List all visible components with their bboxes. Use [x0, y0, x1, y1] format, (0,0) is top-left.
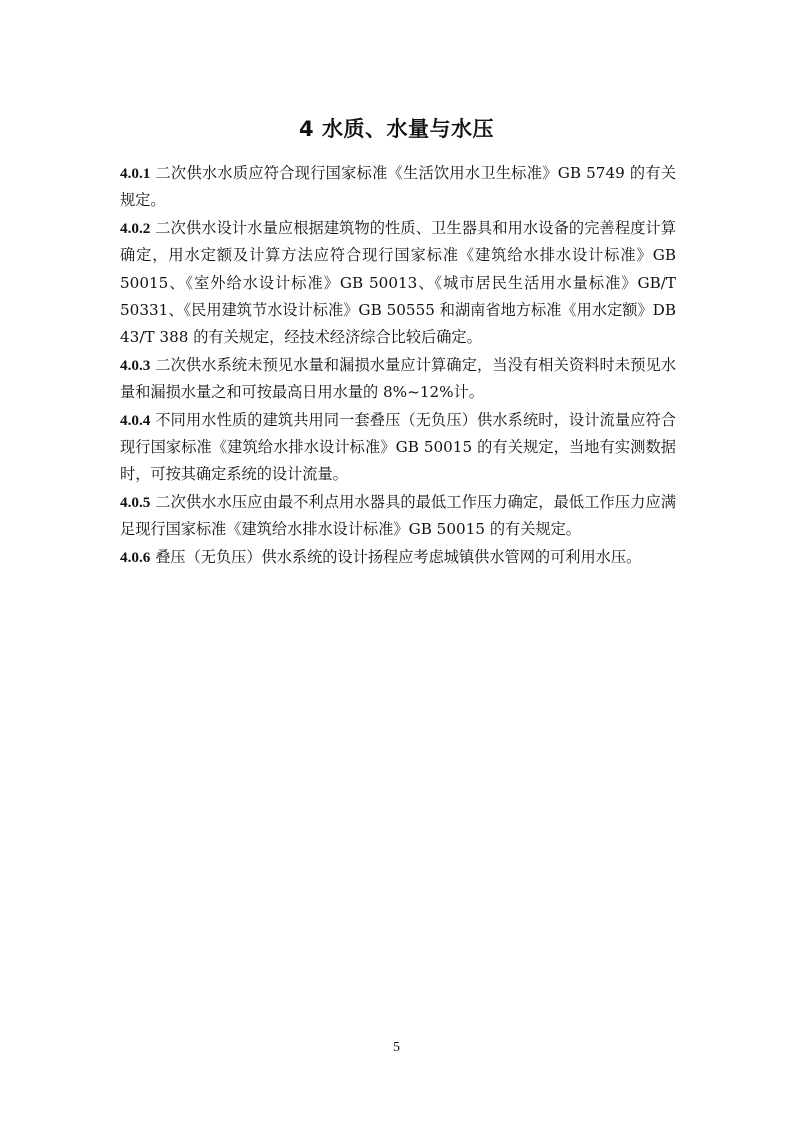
clause-number: 4.0.3: [120, 357, 150, 374]
clause-text: 二次供水设计水量应根据建筑物的性质、卫生器具和用水设备的完善程度计算确定，用水定…: [120, 219, 676, 347]
clause-text: 二次供水系统未预见水量和漏损水量应计算确定，当没有相关资料时未预见水量和漏损水量…: [120, 356, 676, 401]
clause-text: 不同用水性质的建筑共用同一套叠压（无负压）供水系统时，设计流量应符合现行国家标准…: [120, 411, 676, 484]
clause-4-0-1: 4.0.1 二次供水水质应符合现行国家标准《生活饮用水卫生标准》GB 5749 …: [120, 160, 676, 215]
clause-number: 4.0.4: [120, 412, 150, 429]
clause-4-0-2: 4.0.2 二次供水设计水量应根据建筑物的性质、卫生器具和用水设备的完善程度计算…: [120, 215, 676, 352]
clause-4-0-6: 4.0.6 叠压（无负压）供水系统的设计扬程应考虑城镇供水管网的可利用水压。: [120, 544, 676, 571]
clause-4-0-4: 4.0.4 不同用水性质的建筑共用同一套叠压（无负压）供水系统时，设计流量应符合…: [120, 407, 676, 489]
clause-text: 二次供水水压应由最不利点用水器具的最低工作压力确定，最低工作压力应满足现行国家标…: [120, 493, 676, 538]
clause-text: 叠压（无负压）供水系统的设计扬程应考虑城镇供水管网的可利用水压。: [155, 548, 641, 566]
clause-4-0-3: 4.0.3 二次供水系统未预见水量和漏损水量应计算确定，当没有相关资料时未预见水…: [120, 352, 676, 407]
clause-text: 二次供水水质应符合现行国家标准《生活饮用水卫生标准》GB 5749 的有关规定。: [120, 164, 676, 209]
clause-number: 4.0.2: [120, 220, 150, 237]
clause-number: 4.0.1: [120, 165, 150, 182]
page-number: 5: [0, 1040, 793, 1056]
clause-number: 4.0.6: [120, 549, 150, 566]
document-body: 4.0.1 二次供水水质应符合现行国家标准《生活饮用水卫生标准》GB 5749 …: [120, 160, 676, 571]
clause-number: 4.0.5: [120, 494, 150, 511]
clause-4-0-5: 4.0.5 二次供水水压应由最不利点用水器具的最低工作压力确定，最低工作压力应满…: [120, 489, 676, 544]
section-title: 4 水质、水量与水压: [0, 113, 793, 143]
